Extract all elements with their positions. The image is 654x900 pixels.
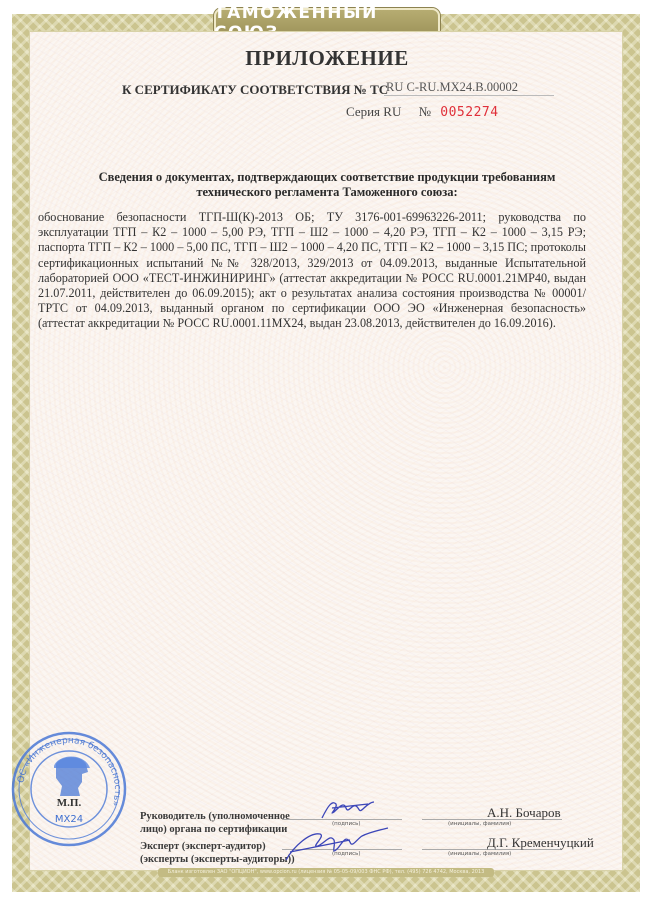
stamp-seal-icon: ОС «Инженерная безопасность» М.П. МХ24	[10, 730, 128, 848]
series-label: Серия RU	[346, 104, 401, 119]
section-heading-line-2: технического регламента Таможенного союз…	[40, 185, 614, 200]
head-label-line-1: Руководитель (уполномоченное	[140, 810, 290, 823]
series-line: Серия RU № 0052274	[346, 104, 499, 120]
document-title: ПРИЛОЖЕНИЕ	[0, 46, 654, 71]
expert-label-line-1: Эксперт (эксперт-аудитор)	[140, 840, 295, 853]
expert-signatory-label: Эксперт (эксперт-аудитор) (эксперты (экс…	[140, 840, 295, 866]
section-heading-line-1: Сведения о документах, подтверждающих со…	[40, 170, 614, 185]
head-signatory-label: Руководитель (уполномоченное лицо) орган…	[140, 810, 290, 836]
stamp-mp: М.П.	[57, 797, 82, 809]
certificate-label: К СЕРТИФИКАТУ СООТВЕТСТВИЯ № ТС	[122, 82, 388, 98]
supporting-documents-text: обоснование безопасности ТГП-Ш(К)-2013 О…	[38, 210, 586, 332]
head-name: А.Н. Бочаров	[487, 805, 561, 821]
expert-name-caption: (инициалы, фамилия)	[448, 851, 511, 857]
expert-signature-icon	[280, 826, 390, 866]
expert-label-line-2: (эксперты (эксперты-аудиторы))	[140, 853, 295, 866]
head-signature-icon	[318, 798, 378, 822]
form-number: 0052274	[440, 105, 498, 120]
number-sign: №	[419, 104, 431, 119]
stamp-code: МХ24	[55, 814, 83, 825]
certification-stamp: ОС «Инженерная безопасность» М.П. МХ24	[10, 730, 128, 848]
head-label-line-2: лицо) органа по сертификации	[140, 823, 290, 836]
form-printer-note: Бланк изготовлен ЗАО "ОПЦИОН", www.opcio…	[158, 868, 494, 877]
certificate-number: RU С-RU.МХ24.В.00002	[384, 80, 554, 96]
certificate-number-line: К СЕРТИФИКАТУ СООТВЕТСТВИЯ № ТС RU С-RU.…	[122, 80, 562, 100]
head-name-caption: (инициалы, фамилия)	[448, 821, 511, 827]
expert-name: Д.Г. Кременчуцкий	[487, 835, 594, 851]
section-heading: Сведения о документах, подтверждающих со…	[40, 170, 614, 200]
